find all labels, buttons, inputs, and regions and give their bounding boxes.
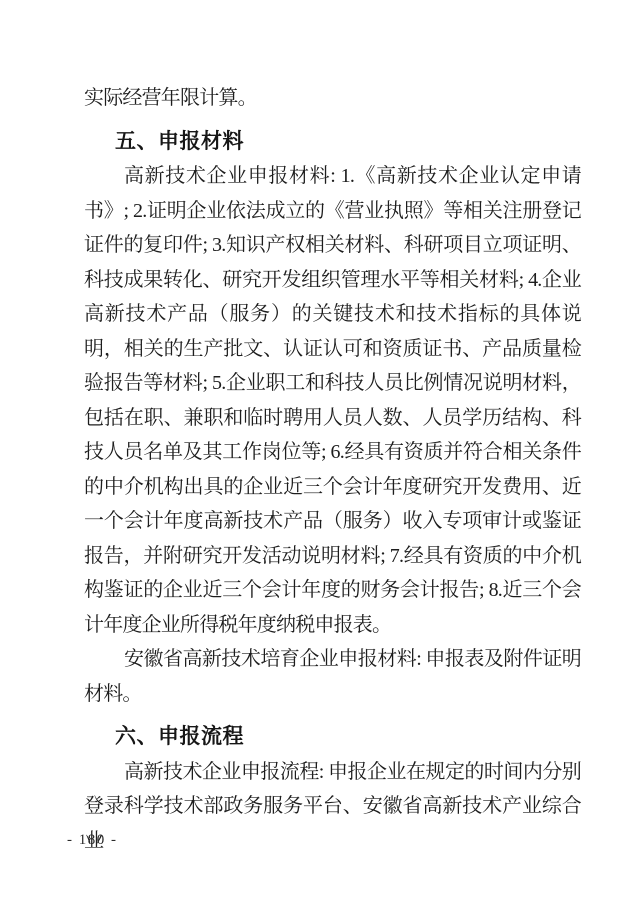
page-number: - 180 - bbox=[67, 832, 118, 849]
section-5-heading: 五、申报材料 bbox=[84, 125, 581, 160]
document-page: 实际经营年限计算。 五、申报材料 高新技术企业申报材料: 1.《高新技术企业认定… bbox=[0, 0, 642, 907]
page-content: 实际经营年限计算。 五、申报材料 高新技术企业申报材料: 1.《高新技术企业认定… bbox=[84, 81, 581, 858]
paragraph-continuation: 实际经营年限计算。 bbox=[84, 81, 581, 116]
paragraph-application-process: 高新技术企业申报流程: 申报企业在规定的时间内分别登录科学技术部政务服务平台、安… bbox=[84, 755, 581, 859]
paragraph-cultivation-enterprise-materials: 安徽省高新技术培育企业申报材料: 申报表及附件证明材料。 bbox=[84, 642, 581, 711]
section-6-heading: 六、申报流程 bbox=[84, 720, 581, 755]
paragraph-hightech-application-materials: 高新技术企业申报材料: 1.《高新技术企业认定申请书》; 2.证明企业依法成立的… bbox=[84, 159, 581, 642]
